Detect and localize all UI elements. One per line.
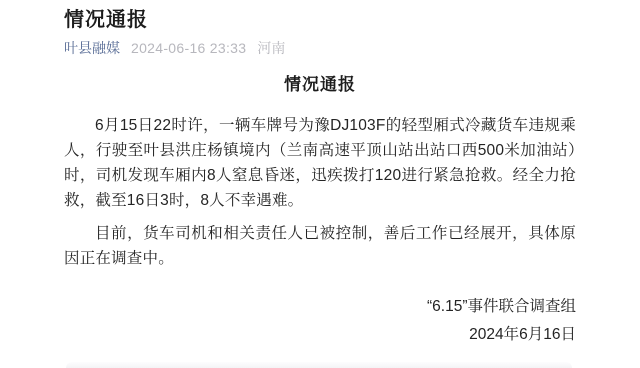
article-meta: 叶县融媒 2024-06-16 23:33 河南 (64, 39, 576, 57)
next-card-edge (66, 362, 572, 368)
body-paragraph-2: 目前，货车司机和相关责任人已被控制，善后工作已经展开，具体原因正在调查中。 (64, 221, 576, 271)
source-name-link[interactable]: 叶县融媒 (64, 39, 120, 57)
publish-timestamp: 2024-06-16 23:33 (131, 39, 246, 57)
signature-block: “6.15”事件联合调查组 2024年6月16日 (64, 293, 576, 349)
article-title: 情况通报 (64, 7, 576, 34)
article-page: 情况通报 叶县融媒 2024-06-16 23:33 河南 情况通报 6月15日… (0, 0, 640, 368)
body-paragraph-1: 6月15日22时许，一辆车牌号为豫DJ103F的轻型厢式冷藏货车违规乘人，行驶至… (64, 113, 576, 213)
signature-date: 2024年6月16日 (64, 321, 576, 349)
signature-org: “6.15”事件联合调查组 (64, 293, 576, 321)
article-container: 情况通报 叶县融媒 2024-06-16 23:33 河南 情况通报 6月15日… (0, 0, 640, 349)
publish-location: 河南 (257, 39, 285, 57)
article-body: 6月15日22时许，一辆车牌号为豫DJ103F的轻型厢式冷藏货车违规乘人，行驶至… (64, 113, 576, 271)
notice-heading: 情况通报 (64, 73, 576, 97)
